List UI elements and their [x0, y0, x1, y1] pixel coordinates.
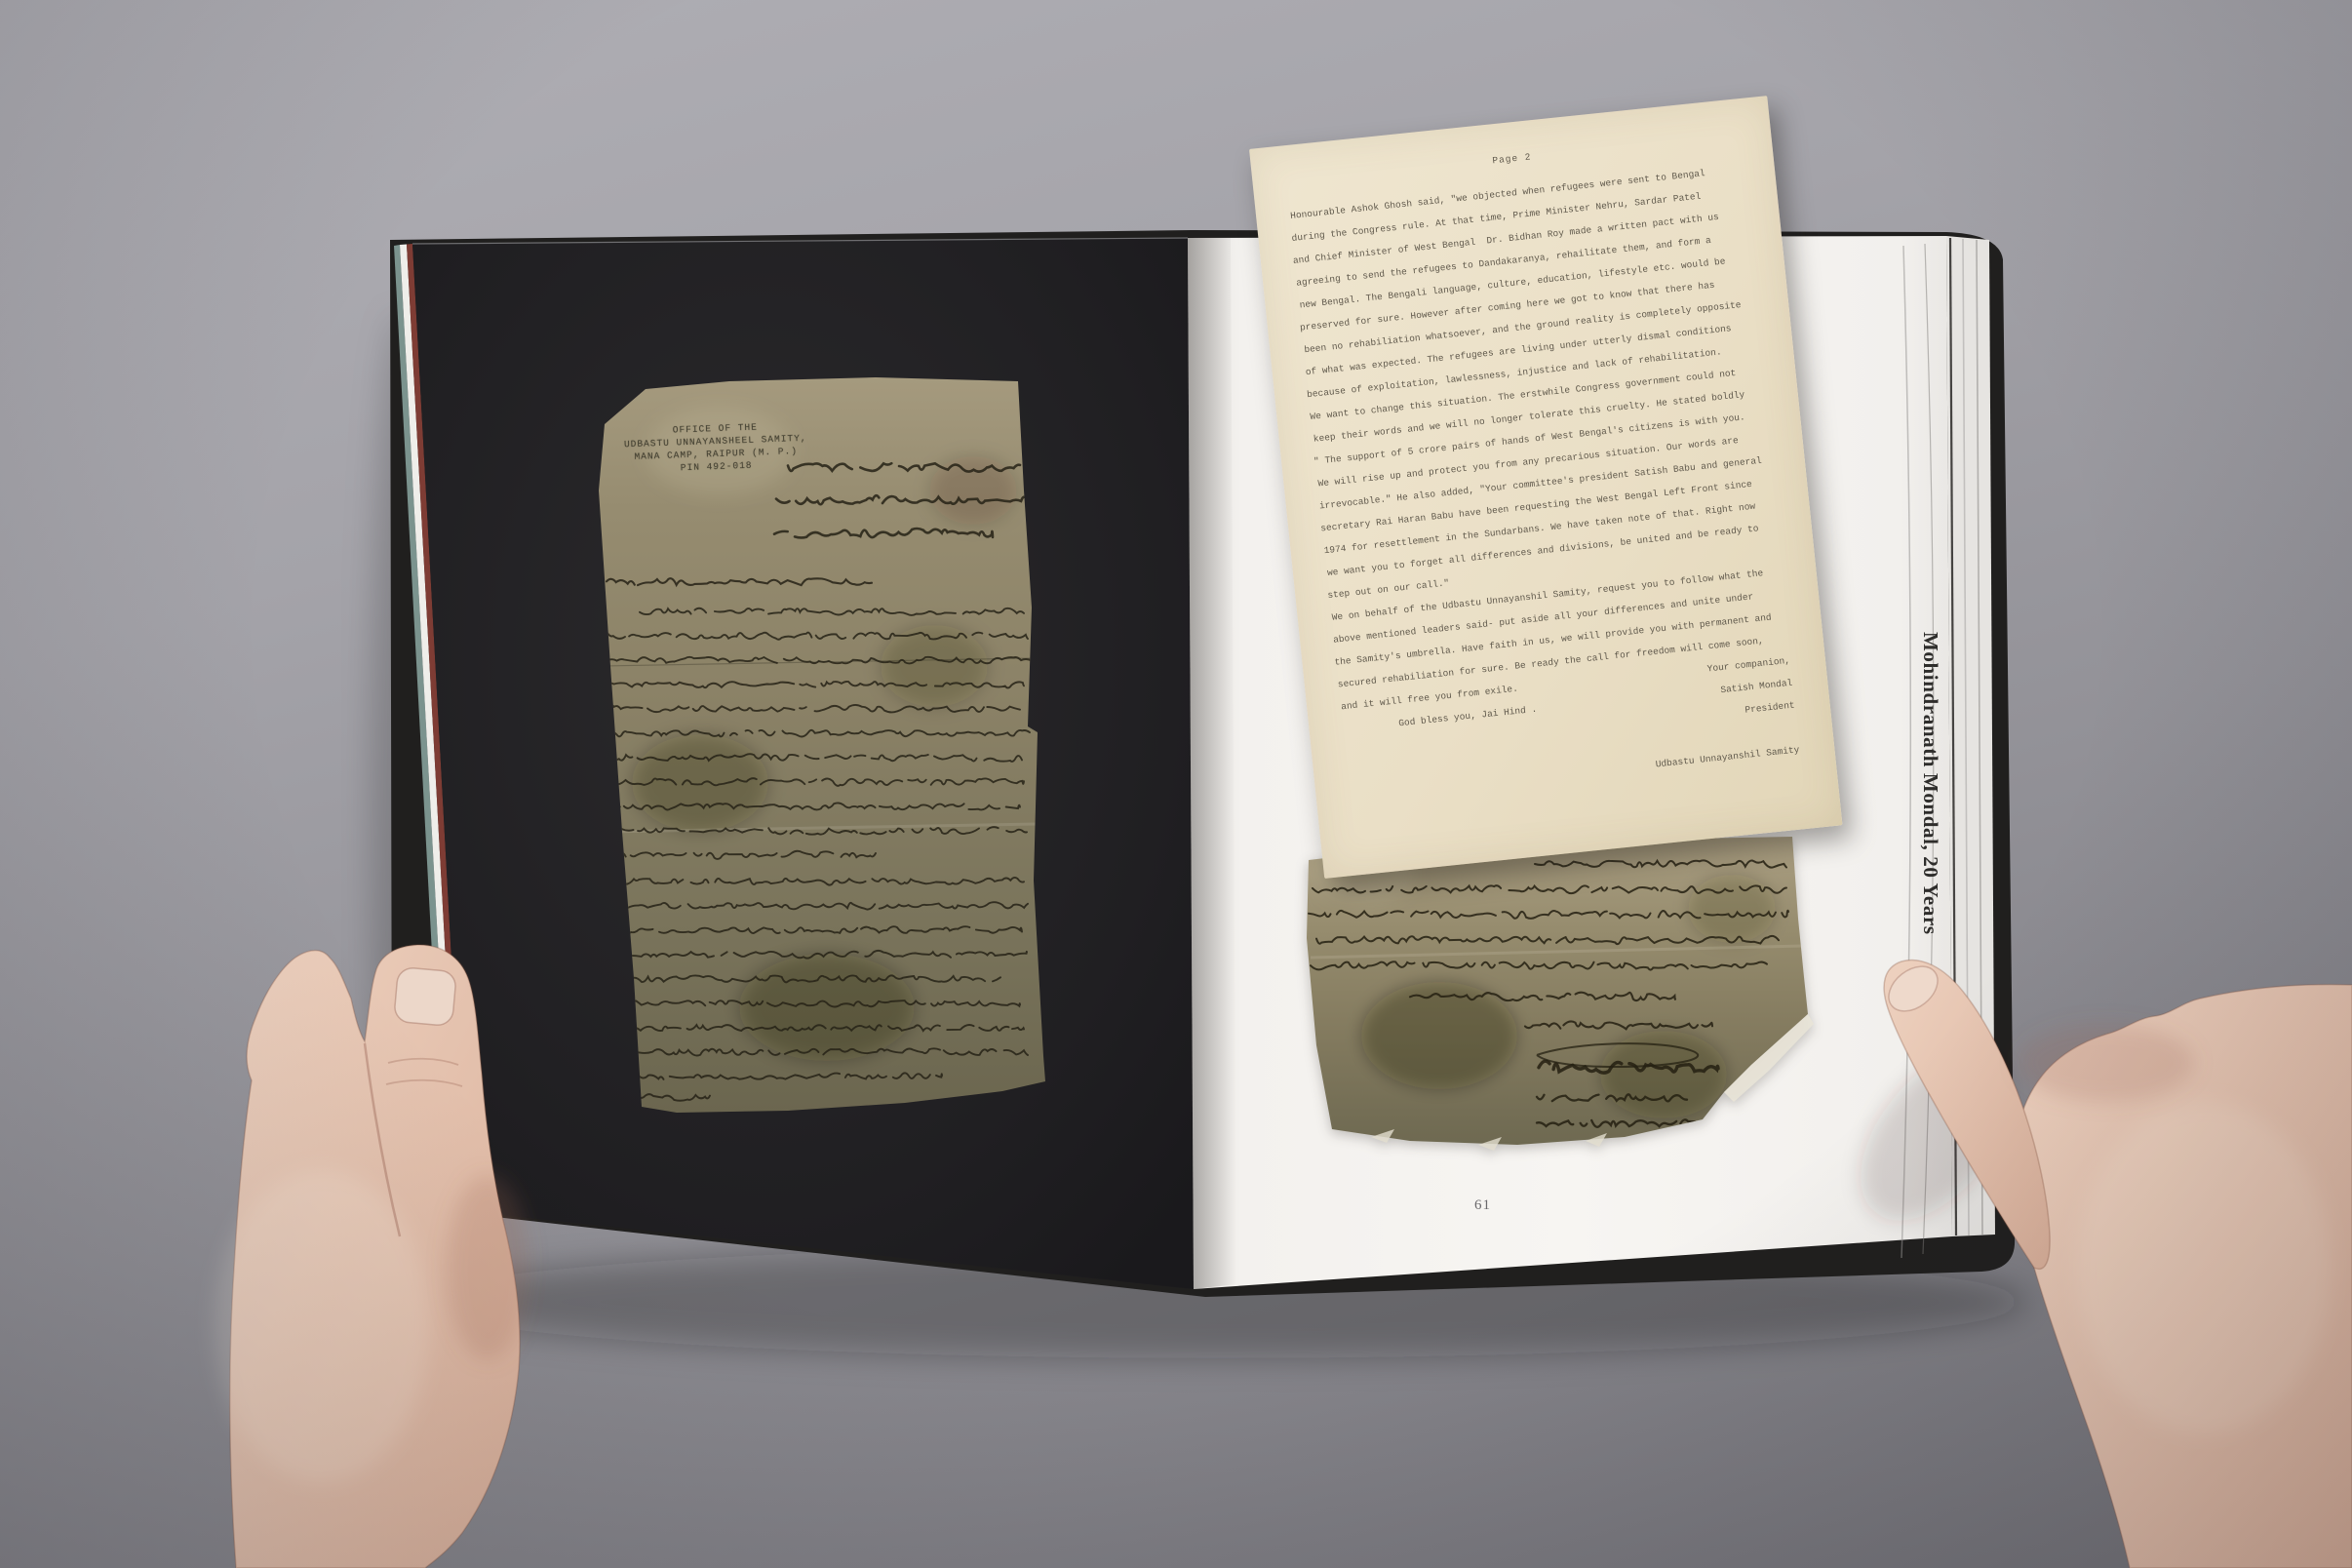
letter-body-lines: Honourable Ashok Ghosh said, "we objecte…	[1288, 158, 1793, 718]
torn-letter-fragment-photo	[1293, 831, 1820, 1174]
gutter-shadow	[1188, 237, 1236, 1289]
book	[0, 0, 2352, 1568]
typed-letter-sheet: Page 2 Honourable Ashok Ghosh said, "we …	[1249, 96, 1842, 879]
letter-body: Honourable Ashok Ghosh said, "we objecte…	[1288, 158, 1795, 740]
signature-block: Your companion,Satish MondalPresidentUdb…	[1645, 649, 1800, 776]
page-number: 61	[1474, 1197, 1491, 1214]
margin-caption: Mohindranath Mondal, 20 Years	[1918, 632, 1942, 935]
handwritten-bengali-letter-photo: OFFICE OF THEUDBASTU UNNAYANSHEEL SAMITY…	[583, 373, 1063, 1126]
photograph-open-book-scene: OFFICE OF THEUDBASTU UNNAYANSHEEL SAMITY…	[0, 0, 2352, 1568]
signature-line: Udbastu Unnayanshil Samity	[1655, 738, 1801, 775]
office-stamp: OFFICE OF THEUDBASTU UNNAYANSHEEL SAMITY…	[608, 418, 824, 477]
